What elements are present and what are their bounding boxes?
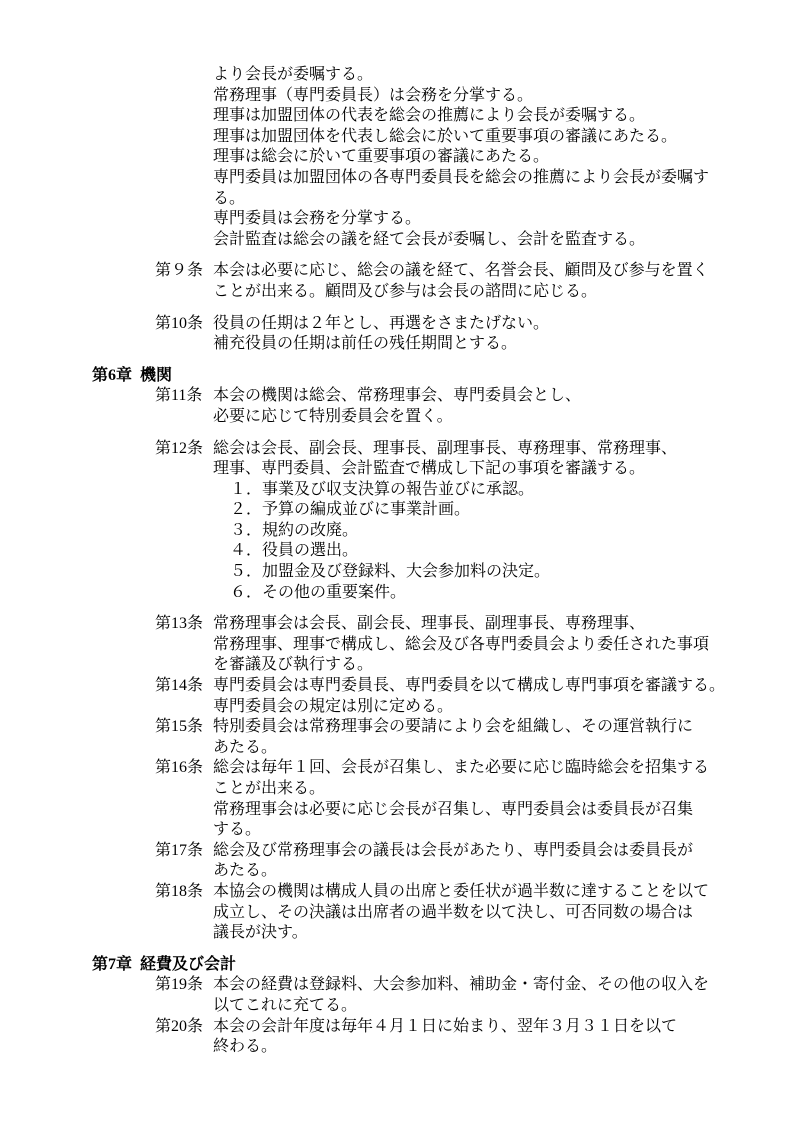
article-block: 第20条本会の会計年度は毎年４月１日に始まり、翌年３月３１日を以て終わる。 bbox=[0, 1017, 794, 1058]
list-item-line: １．事業及び収支決算の報告並びに承認。 bbox=[213, 480, 794, 501]
text-line: 会計監査は総会の議を経て会長が委嘱し、会計を監査する。 bbox=[213, 230, 794, 251]
article-text: 本会の機関は総会、常務理事会、専門委員会とし、必要に応じて特別委員会を置く。 bbox=[213, 386, 794, 427]
text-line: 本会の会計年度は毎年４月１日に始まり、翌年３月３１日を以て bbox=[213, 1017, 794, 1038]
list-item-line: ３．規約の改廃。 bbox=[213, 521, 794, 542]
chapter-title: 経費及び会計 bbox=[140, 956, 236, 973]
list-item-line: ６．その他の重要案件。 bbox=[213, 583, 794, 604]
article-row: 第９条本会は必要に応じ、総会の議を経て、名誉会長、顧問及び参与を置くことが出来る… bbox=[0, 261, 794, 302]
article-number: 第18条 bbox=[155, 882, 213, 903]
text-line: ことが出来る。 bbox=[213, 779, 794, 800]
article-text: 本協会の機関は構成人員の出席と委任状が過半数に達することを以て成立し、その決議は… bbox=[213, 882, 794, 944]
article-block: 第11条本会の機関は総会、常務理事会、専門委員会とし、必要に応じて特別委員会を置… bbox=[0, 386, 794, 427]
text-line: 本会の経費は登録料、大会参加料、補助金・寄付金、その他の収入を bbox=[213, 975, 794, 996]
text-line: 総会は毎年１回、会長が召集し、また必要に応じ臨時総会を招集する bbox=[213, 758, 794, 779]
article-block: 第14条専門委員会は専門委員長、専門委員を以て構成し専門事項を審議する。専門委員… bbox=[0, 676, 794, 717]
text-line: 理事、専門委員、会計監査で構成し下記の事項を審議する。 bbox=[213, 459, 794, 480]
article-block: 第12条総会は会長、副会長、理事長、副理事長、専務理事、常務理事、理事、専門委員… bbox=[0, 439, 794, 604]
article-text: 総会は会長、副会長、理事長、副理事長、専務理事、常務理事、理事、専門委員、会計監… bbox=[213, 439, 794, 604]
article-row: 第17条総会及び常務理事会の議長は会長があたり、専門委員会は委員長があたる。 bbox=[0, 841, 794, 882]
chapter-heading: 第7章経費及び会計 bbox=[0, 955, 794, 976]
text-line: 常務理事会は必要に応じ会長が召集し、専門委員会は委員長が召集 bbox=[213, 800, 794, 821]
document-page: より会長が委嘱する。常務理事（専門委員長）は会務を分掌する。理事は加盟団体の代表… bbox=[0, 0, 794, 1122]
chapter-block: 第6章機関 bbox=[0, 366, 794, 387]
text-line: を審議及び執行する。 bbox=[213, 655, 794, 676]
article-row: 第20条本会の会計年度は毎年４月１日に始まり、翌年３月３１日を以て終わる。 bbox=[0, 1017, 794, 1058]
article-number: 第12条 bbox=[155, 439, 213, 460]
text-line: 理事は総会に於いて重要事項の審議にあたる。 bbox=[213, 147, 794, 168]
article-text: 総会は毎年１回、会長が召集し、また必要に応じ臨時総会を招集することが出来る。常務… bbox=[213, 758, 794, 840]
article-text: 役員の任期は２年とし、再選をさまたげない。補充役員の任期は前任の残任期間とする。 bbox=[213, 314, 794, 355]
article-number: 第20条 bbox=[155, 1017, 213, 1038]
text-line: あたる。 bbox=[213, 861, 794, 882]
article-text: 特別委員会は常務理事会の要請により会を組織し、その運営執行にあたる。 bbox=[213, 717, 794, 758]
chapter-number: 第6章 bbox=[92, 367, 132, 384]
text-line: る。 bbox=[213, 189, 794, 210]
article-number: 第13条 bbox=[155, 614, 213, 635]
chapter-title: 機関 bbox=[140, 367, 172, 384]
text-line: 専門委員は加盟団体の各専門委員長を総会の推薦により会長が委嘱す bbox=[213, 168, 794, 189]
text-line: 特別委員会は常務理事会の要請により会を組織し、その運営執行に bbox=[213, 717, 794, 738]
text-line: 常務理事会は会長、副会長、理事長、副理事長、専務理事、 bbox=[213, 614, 794, 635]
article-text: より会長が委嘱する。常務理事（専門委員長）は会務を分掌する。理事は加盟団体の代表… bbox=[213, 65, 794, 250]
article-number: 第15条 bbox=[155, 717, 213, 738]
text-line: 常務理事（専門委員長）は会務を分掌する。 bbox=[213, 86, 794, 107]
list-item-line: ４．役員の選出。 bbox=[213, 541, 794, 562]
list-item-line: ５．加盟金及び登録料、大会参加料の決定。 bbox=[213, 562, 794, 583]
article-text: 本会の経費は登録料、大会参加料、補助金・寄付金、その他の収入を以てこれに充てる。 bbox=[213, 975, 794, 1016]
text-line: する。 bbox=[213, 820, 794, 841]
text-line: 終わる。 bbox=[213, 1037, 794, 1058]
article-block: 第17条総会及び常務理事会の議長は会長があたり、専門委員会は委員長があたる。 bbox=[0, 841, 794, 882]
article-number: 第19条 bbox=[155, 975, 213, 996]
text-line: 専門委員会は専門委員長、専門委員を以て構成し専門事項を審議する。 bbox=[213, 676, 794, 697]
text-line: 補充役員の任期は前任の残任期間とする。 bbox=[213, 334, 794, 355]
article-number: 第16条 bbox=[155, 758, 213, 779]
text-line: 総会及び常務理事会の議長は会長があたり、専門委員会は委員長が bbox=[213, 841, 794, 862]
chapter-number: 第7章 bbox=[92, 956, 132, 973]
text-line: 常務理事、理事で構成し、総会及び各専門委員会より委任された事項 bbox=[213, 635, 794, 656]
article-block: 第15条特別委員会は常務理事会の要請により会を組織し、その運営執行にあたる。 bbox=[0, 717, 794, 758]
text-line: 本協会の機関は構成人員の出席と委任状が過半数に達することを以て bbox=[213, 882, 794, 903]
article-number: 第17条 bbox=[155, 841, 213, 862]
list-item-line: ２．予算の編成並びに事業計画。 bbox=[213, 500, 794, 521]
text-line: 理事は加盟団体の代表を総会の推薦により会長が委嘱する。 bbox=[213, 106, 794, 127]
document-body: より会長が委嘱する。常務理事（専門委員長）は会務を分掌する。理事は加盟団体の代表… bbox=[0, 65, 794, 1058]
article-text: 総会及び常務理事会の議長は会長があたり、専門委員会は委員長があたる。 bbox=[213, 841, 794, 882]
text-line: 理事は加盟団体を代表し総会に於いて重要事項の審議にあたる。 bbox=[213, 127, 794, 148]
continuation-row: より会長が委嘱する。常務理事（専門委員長）は会務を分掌する。理事は加盟団体の代表… bbox=[0, 65, 794, 250]
article-row: 第16条総会は毎年１回、会長が召集し、また必要に応じ臨時総会を招集することが出来… bbox=[0, 758, 794, 840]
article-text: 本会の会計年度は毎年４月１日に始まり、翌年３月３１日を以て終わる。 bbox=[213, 1017, 794, 1058]
text-line: 成立し、その決議は出席者の過半数を以て決し、可否同数の場合は bbox=[213, 903, 794, 924]
chapter-block: 第7章経費及び会計 bbox=[0, 955, 794, 976]
article-row: 第13条常務理事会は会長、副会長、理事長、副理事長、専務理事、常務理事、理事で構… bbox=[0, 614, 794, 676]
text-line: 専門委員会の規定は別に定める。 bbox=[213, 697, 794, 718]
article-row: 第18条本協会の機関は構成人員の出席と委任状が過半数に達することを以て成立し、そ… bbox=[0, 882, 794, 944]
article-number: 第14条 bbox=[155, 676, 213, 697]
article-number: 第10条 bbox=[155, 314, 213, 335]
article-row: 第19条本会の経費は登録料、大会参加料、補助金・寄付金、その他の収入を以てこれに… bbox=[0, 975, 794, 1016]
article-block: 第19条本会の経費は登録料、大会参加料、補助金・寄付金、その他の収入を以てこれに… bbox=[0, 975, 794, 1016]
text-line: 本会は必要に応じ、総会の議を経て、名誉会長、顧問及び参与を置く bbox=[213, 261, 794, 282]
text-line: 議長が決す。 bbox=[213, 923, 794, 944]
text-line: 必要に応じて特別委員会を置く。 bbox=[213, 407, 794, 428]
article-block: 第13条常務理事会は会長、副会長、理事長、副理事長、専務理事、常務理事、理事で構… bbox=[0, 614, 794, 676]
chapter-heading: 第6章機関 bbox=[0, 366, 794, 387]
text-line: より会長が委嘱する。 bbox=[213, 65, 794, 86]
text-line: 専門委員は会務を分掌する。 bbox=[213, 209, 794, 230]
article-row: 第12条総会は会長、副会長、理事長、副理事長、専務理事、常務理事、理事、専門委員… bbox=[0, 439, 794, 604]
article-block: 第10条役員の任期は２年とし、再選をさまたげない。補充役員の任期は前任の残任期間… bbox=[0, 314, 794, 355]
article-block: 第18条本協会の機関は構成人員の出席と委任状が過半数に達することを以て成立し、そ… bbox=[0, 882, 794, 944]
article-row: 第14条専門委員会は専門委員長、専門委員を以て構成し専門事項を審議する。専門委員… bbox=[0, 676, 794, 717]
text-line: 以てこれに充てる。 bbox=[213, 996, 794, 1017]
article-row: 第10条役員の任期は２年とし、再選をさまたげない。補充役員の任期は前任の残任期間… bbox=[0, 314, 794, 355]
article-text: 常務理事会は会長、副会長、理事長、副理事長、専務理事、常務理事、理事で構成し、総… bbox=[213, 614, 794, 676]
text-line: あたる。 bbox=[213, 738, 794, 759]
text-line: 総会は会長、副会長、理事長、副理事長、専務理事、常務理事、 bbox=[213, 439, 794, 460]
article-row: 第11条本会の機関は総会、常務理事会、専門委員会とし、必要に応じて特別委員会を置… bbox=[0, 386, 794, 427]
article-block: 第９条本会は必要に応じ、総会の議を経て、名誉会長、顧問及び参与を置くことが出来る… bbox=[0, 261, 794, 302]
article-text: 本会は必要に応じ、総会の議を経て、名誉会長、顧問及び参与を置くことが出来る。顧問… bbox=[213, 261, 794, 302]
text-line: 役員の任期は２年とし、再選をさまたげない。 bbox=[213, 314, 794, 335]
article-label-spacer bbox=[155, 65, 213, 86]
continuation-block: より会長が委嘱する。常務理事（専門委員長）は会務を分掌する。理事は加盟団体の代表… bbox=[0, 65, 794, 250]
article-text: 専門委員会は専門委員長、専門委員を以て構成し専門事項を審議する。専門委員会の規定… bbox=[213, 676, 794, 717]
article-row: 第15条特別委員会は常務理事会の要請により会を組織し、その運営執行にあたる。 bbox=[0, 717, 794, 758]
article-number: 第11条 bbox=[155, 386, 213, 407]
article-number: 第９条 bbox=[155, 261, 213, 282]
text-line: 本会の機関は総会、常務理事会、専門委員会とし、 bbox=[213, 386, 794, 407]
text-line: ことが出来る。顧問及び参与は会長の諮問に応じる。 bbox=[213, 282, 794, 303]
article-block: 第16条総会は毎年１回、会長が召集し、また必要に応じ臨時総会を招集することが出来… bbox=[0, 758, 794, 840]
